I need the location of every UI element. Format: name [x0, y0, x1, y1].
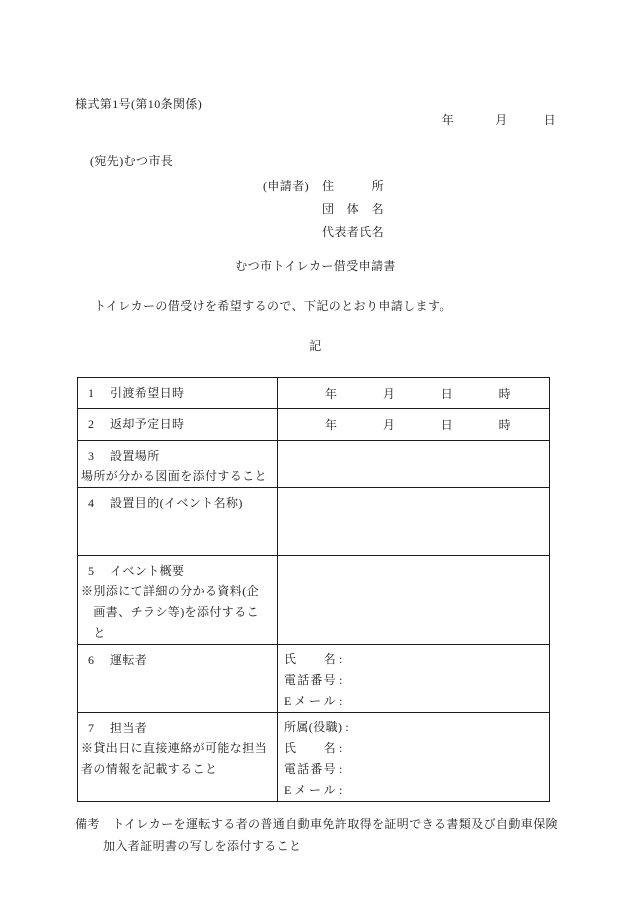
row-title: 担当者 [110, 721, 147, 735]
remarks-line-2: 加入者証明書の写しを添付すること [75, 835, 556, 857]
row-label-cell: 6運転者 [78, 645, 278, 713]
row-number: 1 [88, 383, 110, 403]
row-title-line: 7担当者 [78, 713, 277, 738]
row-label-cell: 7担当者※貸出日に直接連絡が可能な担当者の情報を記載すること [78, 713, 278, 802]
field-colon: : [339, 652, 343, 666]
row-title-line: 1引渡希望日時 [78, 378, 277, 403]
field-label: 氏名 [284, 738, 336, 759]
row-note: 者の情報を記載すること [78, 759, 277, 780]
field-colon: : [339, 783, 343, 797]
applicant-field-organization: 団 体 名 [322, 198, 556, 221]
form-number: 様式第1号(第10条関係) [75, 96, 556, 112]
header-date-month: 月 [495, 112, 507, 128]
contact-field-line: Eメール: [284, 691, 549, 712]
row-value-cell: 年月日時 [278, 409, 550, 441]
row-label-cell: 5イベント概要※別添にて詳細の分かる資料(企 画書、チラシ等)を添付するこ と [78, 556, 278, 645]
date-blank-line: 年月日時 [284, 413, 549, 433]
table-row: 4設置目的(イベント名称) [78, 488, 550, 556]
applicant-fields: 住 所 団 体 名 代表者氏名 [322, 175, 556, 244]
row-title: 設置目的(イベント名称) [110, 496, 243, 510]
row-note: ※別添にて詳細の分かる資料(企 [78, 581, 277, 602]
row-note: ※貸出日に直接連絡が可能な担当 [78, 738, 277, 759]
row-number: 6 [88, 650, 110, 670]
row-number: 4 [88, 493, 110, 513]
header-date-line: 年 月 日 [75, 112, 556, 128]
addressee: (宛先)むつ市長 [75, 153, 556, 169]
row-number: 2 [88, 414, 110, 434]
table-row: 1引渡希望日時年月日時 [78, 378, 550, 409]
date-unit: 月 [383, 417, 395, 433]
contact-field-line: Eメール: [284, 780, 549, 801]
row-number: 5 [88, 561, 110, 581]
row-number: 3 [88, 446, 110, 466]
row-label-cell: 3設置場所場所が分かる図面を添付すること [78, 441, 278, 488]
row-title-line: 5イベント概要 [78, 556, 277, 581]
form-table: 1引渡希望日時年月日時2返却予定日時年月日時3設置場所場所が分かる図面を添付する… [77, 377, 550, 802]
field-colon: : [339, 673, 343, 687]
row-value-cell [278, 441, 550, 488]
field-colon: : [339, 741, 343, 755]
application-statement: トイレカーの借受けを希望するので、下記のとおり申請します。 [75, 298, 556, 314]
row-title-line: 2返却予定日時 [78, 409, 277, 434]
contact-field-line: 電話番号: [284, 759, 549, 780]
document-page: 様式第1号(第10条関係) 年 月 日 (宛先)むつ市長 (申請者) 住 所 団… [0, 0, 630, 903]
remarks: 備考 トイレカーを運転する者の普通自動車免許取得を証明できる書類及び自動車保険 … [75, 813, 556, 857]
row-title-line: 4設置目的(イベント名称) [78, 488, 277, 513]
field-colon: : [339, 762, 343, 776]
row-title: 返却予定日時 [110, 417, 184, 431]
date-unit: 時 [499, 386, 511, 402]
row-label-cell: 1引渡希望日時 [78, 378, 278, 409]
row-title: 引渡希望日時 [110, 386, 184, 400]
header-date-year: 年 [442, 112, 454, 128]
contact-field-line: 電話番号: [284, 670, 549, 691]
header-date-day: 日 [544, 112, 556, 128]
field-colon: : [345, 720, 349, 734]
contact-field-line: 所属(役職): [284, 717, 549, 738]
row-title-line: 3設置場所 [78, 441, 277, 466]
field-label: Eメール [284, 691, 336, 712]
applicant-field-address: 住 所 [322, 175, 556, 198]
row-value-cell [278, 556, 550, 645]
row-value-cell [278, 488, 550, 556]
field-colon: : [339, 694, 343, 708]
date-unit: 年 [325, 386, 337, 402]
row-number: 7 [88, 718, 110, 738]
date-unit: 月 [383, 386, 395, 402]
table-row: 5イベント概要※別添にて詳細の分かる資料(企 画書、チラシ等)を添付するこ と [78, 556, 550, 645]
document-title: むつ市トイレカー借受申請書 [75, 258, 556, 274]
field-label: 所属(役職) [284, 717, 342, 738]
row-label-cell: 4設置目的(イベント名称) [78, 488, 278, 556]
date-unit: 日 [441, 386, 453, 402]
date-blank-line: 年月日時 [284, 382, 549, 402]
row-label-cell: 2返却予定日時 [78, 409, 278, 441]
remarks-line-1: 備考 トイレカーを運転する者の普通自動車免許取得を証明できる書類及び自動車保険 [75, 813, 556, 835]
table-row: 2返却予定日時年月日時 [78, 409, 550, 441]
applicant-prefix: (申請者) [263, 175, 309, 198]
contact-field-line: 氏名: [284, 649, 549, 670]
contact-field-line: 氏名: [284, 738, 549, 759]
row-title-line: 6運転者 [78, 645, 277, 670]
table-row: 7担当者※貸出日に直接連絡が可能な担当者の情報を記載すること所属(役職):氏名:… [78, 713, 550, 802]
row-note: 画書、チラシ等)を添付するこ [78, 602, 277, 623]
table-row: 6運転者氏名:電話番号:Eメール: [78, 645, 550, 713]
applicant-field-representative: 代表者氏名 [322, 221, 556, 244]
date-unit: 年 [325, 417, 337, 433]
table-row: 3設置場所場所が分かる図面を添付すること [78, 441, 550, 488]
row-value-cell: 年月日時 [278, 378, 550, 409]
row-value-cell: 氏名:電話番号:Eメール: [278, 645, 550, 713]
applicant-block: (申請者) 住 所 団 体 名 代表者氏名 [263, 175, 556, 244]
date-unit: 日 [441, 417, 453, 433]
row-note: 場所が分かる図面を添付すること [78, 466, 277, 487]
form-table-body: 1引渡希望日時年月日時2返却予定日時年月日時3設置場所場所が分かる図面を添付する… [78, 378, 550, 802]
field-label: 電話番号 [284, 670, 336, 691]
date-unit: 時 [499, 417, 511, 433]
row-value-cell: 所属(役職):氏名:電話番号:Eメール: [278, 713, 550, 802]
field-label: 電話番号 [284, 759, 336, 780]
row-title: 運転者 [110, 653, 147, 667]
ki-marker: 記 [75, 338, 556, 354]
field-label: 氏名 [284, 649, 336, 670]
row-note: と [78, 623, 277, 644]
row-title: イベント概要 [110, 564, 184, 578]
row-title: 設置場所 [110, 449, 160, 463]
field-label: Eメール [284, 780, 336, 801]
